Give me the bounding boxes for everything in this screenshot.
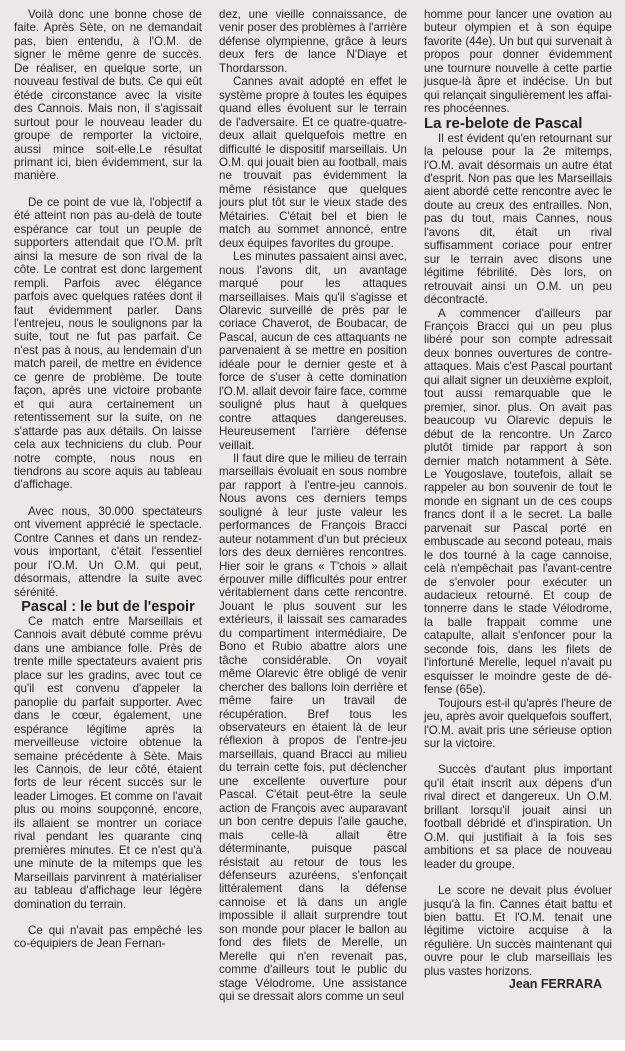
paragraph: Avec nous, 30.000 spectateurs ont viveme… [14,505,202,599]
section-heading: Pascal : le but de l'espoir [14,599,202,615]
page-margin [0,1040,625,1051]
paragraph: Cannes avait adopté en effet le système … [219,75,407,250]
paragraph: Succès d'autant plus impor­tant qu'il ét… [424,763,612,871]
paragraph: Les minutes passaient ainsi avec, nous l… [219,250,407,452]
article-column-2: dez, une vieille connaissance, de venir … [219,8,407,1004]
paragraph: Il faut dire que le milieu de ter­rain m… [219,452,407,1004]
paragraph: Ce qui n'avait pas empêché les co-équipi… [14,924,202,951]
paragraph: Le score ne devait plus évo­luer jusqu'à… [424,884,612,978]
article-column-3: homme pour lancer une ovation au buteur … [424,8,612,992]
paragraph: De ce point de vue là, l'objec­tif a été… [14,196,202,492]
paragraph: Voilà donc une bonne chose de faite. Apr… [14,8,202,183]
paragraph: Il est évident qu'en retournant sur la p… [424,132,612,307]
paragraph: A commencer d'ailleurs par François Brac… [424,307,612,697]
paragraph: dez, une vieille connaissance, de venir … [219,8,407,75]
section-heading: La re-belote de Pascal [424,116,612,132]
article-column-1: Voilà donc une bonne chose de faite. Apr… [14,8,202,951]
paragraph: Toujours est-il qu'après l'heu­re de jeu… [424,697,612,751]
paragraph: homme pour lancer une ovation au buteur … [424,8,612,116]
author-byline: Jean FERRARA [424,978,612,991]
paragraph: Ce match entre Marseillais et Cannois av… [14,615,202,911]
